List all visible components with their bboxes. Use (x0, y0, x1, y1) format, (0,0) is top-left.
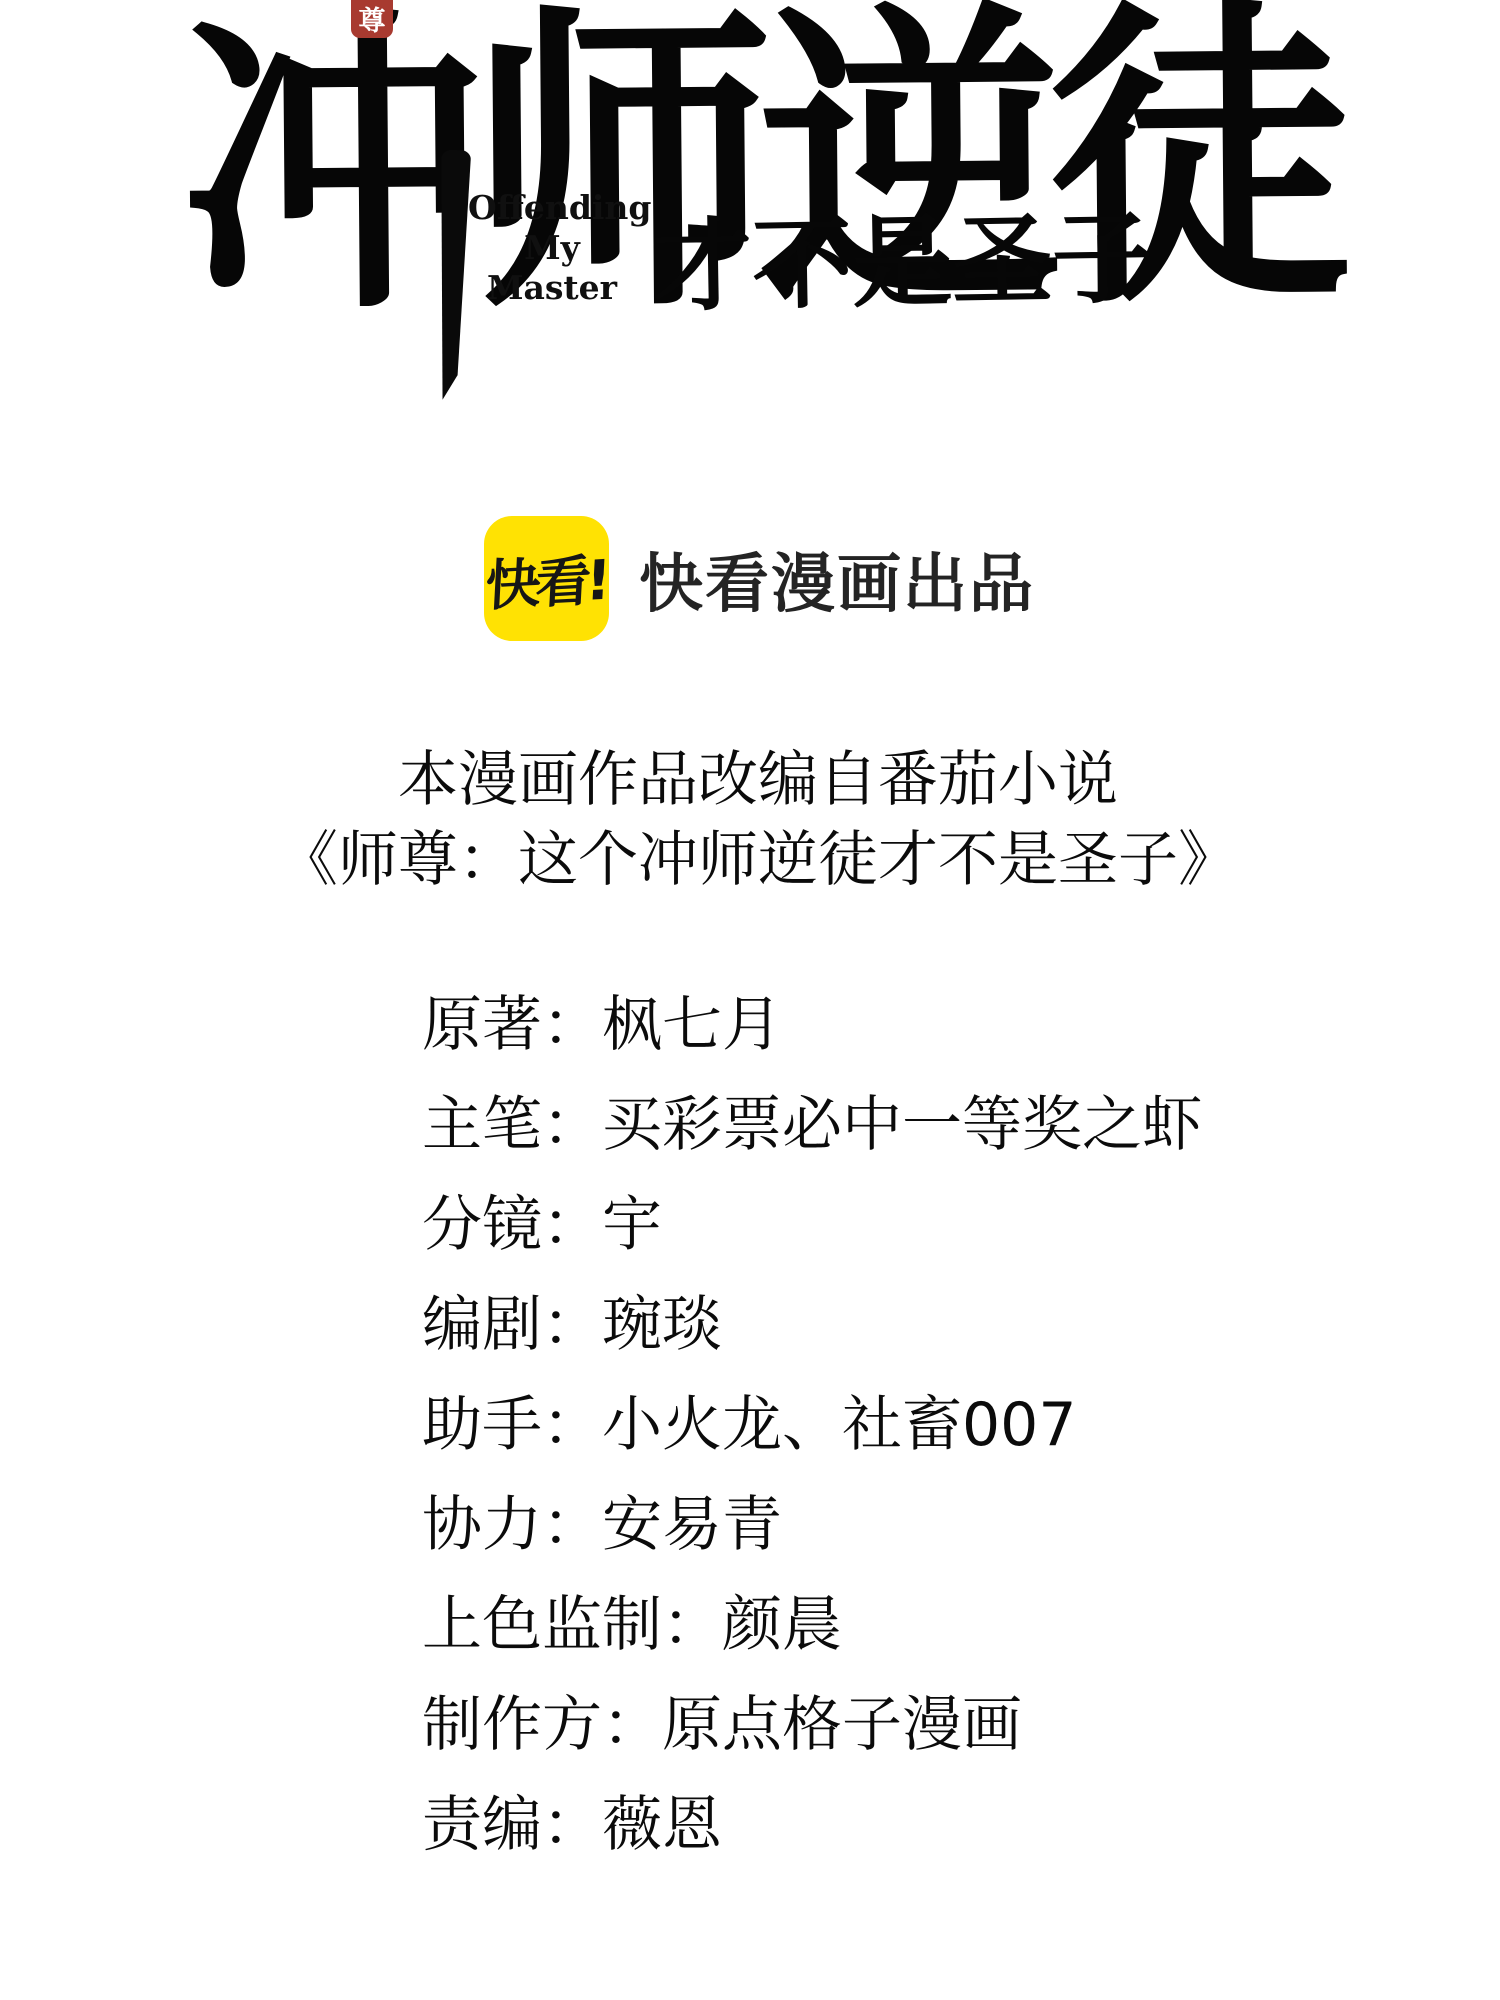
credit-row: 助手：小火龙、社畜007 (422, 1370, 1202, 1470)
credit-label: 上色监制：颜晨 (422, 1577, 842, 1663)
credit-label: 分镜：宇 (422, 1177, 662, 1263)
credit-label: 责编：薇恩 (422, 1777, 722, 1863)
credit-row: 制作方：原点格子漫画 (422, 1670, 1202, 1770)
title-english-line: Offending (468, 188, 636, 228)
kuaikan-logo-text: 快看! (484, 536, 609, 621)
credit-label: 制作方：原点格子漫画 (422, 1677, 1022, 1763)
credits-list: 原著：枫七月 主笔：买彩票必中一等奖之虾 分镜：宇 编剧：琬琰 助手：小火龙、社… (422, 970, 1202, 1870)
adaptation-note-line1: 本漫画作品改编自番茄小说 (8, 740, 1500, 820)
credit-label: 编剧：琬琰 (422, 1277, 722, 1363)
title-english-line: My (468, 228, 636, 268)
credit-row: 上色监制：颜晨 (422, 1570, 1202, 1670)
title-subtitle-calligraphy: 才不是圣子 (651, 178, 1153, 331)
seal-character: 尊 (359, 0, 386, 38)
credit-label: 主笔：买彩票必中一等奖之虾 (422, 1077, 1202, 1163)
manhua-credits-page: 冲师逆徒 尊 Offending My Master 才不是圣子 快看! 快看漫… (0, 0, 1500, 2000)
adaptation-note: 本漫画作品改编自番茄小说 《师尊：这个冲师逆徒才不是圣子》 (8, 740, 1500, 900)
credit-label: 原著：枫七月 (422, 977, 782, 1063)
credit-row: 主笔：买彩票必中一等奖之虾 (422, 1070, 1202, 1170)
kuaikan-logo-icon: 快看! (484, 516, 609, 641)
title-english: Offending My Master (468, 188, 636, 308)
credit-row: 原著：枫七月 (422, 970, 1202, 1070)
adaptation-note-line2: 《师尊：这个冲师逆徒才不是圣子》 (8, 820, 1500, 900)
red-seal-icon: 尊 (351, 0, 393, 38)
publisher-label: 快看漫画出品 (639, 533, 1035, 625)
credit-row: 协力：安易青 (422, 1470, 1202, 1570)
credit-label: 助手：小火龙、社畜007 (422, 1377, 1077, 1463)
publisher-row: 快看! 快看漫画出品 (484, 516, 1035, 641)
credit-row: 责编：薇恩 (422, 1770, 1202, 1870)
credit-row: 编剧：琬琰 (422, 1270, 1202, 1370)
credit-row: 分镜：宇 (422, 1170, 1202, 1270)
title-english-line: Master (468, 268, 636, 308)
credit-label: 协力：安易青 (422, 1477, 782, 1563)
